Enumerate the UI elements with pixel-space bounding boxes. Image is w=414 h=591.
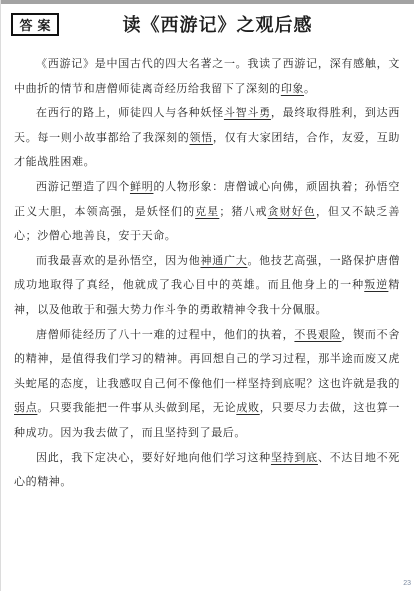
underlined-phrase: 克星 (195, 206, 219, 218)
document-page: 答案 读《西游记》之观后感 《西游记》是中国古代的四大名著之一。我读了西游记，深… (0, 0, 414, 591)
text-segment: 因此，我下定决心，要好好地向他们学习这种 (36, 452, 271, 464)
underlined-phrase: 坚持到底 (271, 452, 318, 464)
text-segment: 。只要我能把一件事从头做到尾，无论 (37, 402, 236, 414)
essay-title: 读《西游记》之观后感 (61, 13, 374, 37)
text-segment: ；猪八戒 (219, 206, 267, 218)
underlined-phrase: 印象 (281, 83, 304, 95)
underlined-phrase: 神通广大 (200, 255, 247, 267)
text-segment: 唐僧师徒经历了八十一难的过程中，他们的执着， (36, 329, 294, 341)
underlined-phrase: 贪财好色 (268, 206, 316, 218)
essay-paragraph: 《西游记》是中国古代的四大名著之一。我读了西游记，深有感触，文中曲折的情节和唐僧… (14, 52, 400, 101)
essay-paragraph: 在西行的路上，师徒四人与各种妖怪斗智斗勇，最终取得胜利，到达西天。每一则小故事都… (14, 101, 400, 175)
essay-paragraph: 唐僧师徒经历了八十一难的过程中，他们的执着，不畏艰险，锲而不舍的精神，是值得我们… (14, 323, 400, 446)
underlined-phrase: 领悟 (190, 132, 213, 144)
underlined-phrase: 成败 (236, 402, 259, 414)
text-segment: 在西行的路上，师徒四人与各种妖怪 (36, 107, 224, 119)
essay-paragraph: 而我最喜欢的是孙悟空，因为他神通广大。他技艺高强，一路保护唐僧成功地取得了真经，… (14, 249, 400, 323)
page-number: 23 (403, 580, 411, 587)
underlined-phrase: 鲜明 (130, 181, 154, 193)
text-segment: 西游记塑造了四个 (36, 181, 130, 193)
underlined-phrase: 弱点 (14, 402, 37, 414)
text-segment: 。 (304, 83, 316, 95)
underlined-phrase: 叛逆 (364, 279, 388, 291)
essay-paragraph: 因此，我下定决心，要好好地向他们学习这种坚持到底、不达目地不死心的精神。 (14, 446, 400, 495)
page-top-edge (1, 0, 414, 4)
answer-badge: 答案 (11, 13, 59, 36)
text-segment: 《西游记》是中国古代的四大名著之一。我读了西游记，深有感触，文中曲折的情节和唐僧… (14, 58, 400, 95)
underlined-phrase: 不畏艰险 (294, 329, 341, 341)
essay-paragraph: 西游记塑造了四个鲜明的人物形象：唐僧诚心向佛，顽固执着；孙悟空正义大胆，本领高强… (14, 175, 400, 249)
text-segment: 而我最喜欢的是孙悟空，因为他 (36, 255, 200, 267)
underlined-phrase: 斗智斗勇 (224, 107, 271, 119)
essay-body: 《西游记》是中国古代的四大名著之一。我读了西游记，深有感触，文中曲折的情节和唐僧… (14, 52, 400, 495)
